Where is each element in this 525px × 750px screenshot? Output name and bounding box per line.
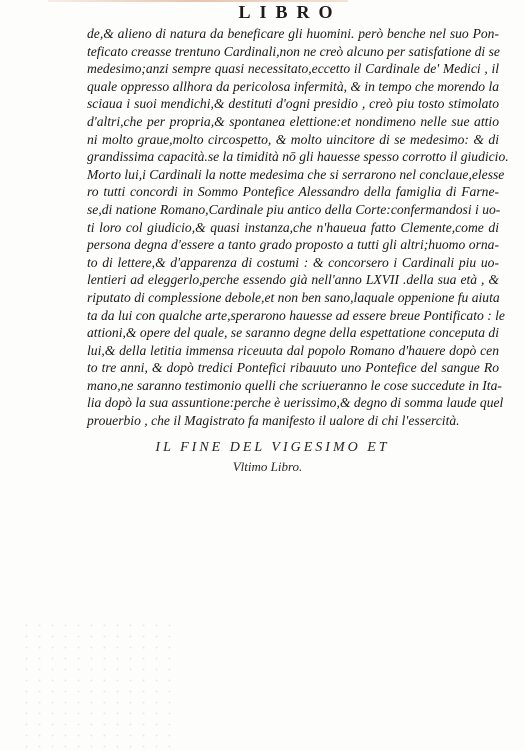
paper-speckle xyxy=(20,620,180,750)
text-line: d'altri,che per propria,& spontanea elet… xyxy=(87,113,499,131)
text-line: persona degna d'essere a tanto grado pro… xyxy=(87,236,499,254)
text-line: prouerbio , che il Magistrato fa manifes… xyxy=(87,412,499,430)
text-line: ta da lui con qualche arte,sperarono hau… xyxy=(87,307,499,325)
text-line: medesimo;anzi sempre quasi necessitato,e… xyxy=(87,60,499,78)
running-head: LIBRO xyxy=(0,2,525,23)
text-line: to di lettere,& d'apparenza di costumi :… xyxy=(87,254,499,272)
text-line: ro tutti concordi in Sommo Pontefice Ale… xyxy=(87,183,499,201)
text-line: Morto lui,i Cardinali la notte medesima … xyxy=(87,166,499,184)
text-line: lui,& della letitia immensa riceuuta dal… xyxy=(87,342,499,360)
colophon-subtitle: Vltimo Libro. xyxy=(0,459,525,475)
text-line: ti loro col giudicio,& quasi instanza,ch… xyxy=(87,219,499,237)
text-line: lia dopò la sua assuntione:perche è ueri… xyxy=(87,394,499,412)
text-line: to tre anni, & dopò tredici Pontefici ri… xyxy=(87,359,499,377)
text-line: ni molto graue,molto circospetto, & molt… xyxy=(87,131,499,149)
body-text: de,& alieno di natura da beneficare gli … xyxy=(87,25,499,430)
colophon-title: IL FINE DEL VIGESIMO ET xyxy=(0,440,525,456)
text-line: mano,ne saranno testimonio quelli che sc… xyxy=(87,377,499,395)
text-line: lentieri ad eleggerlo,perche essendo già… xyxy=(87,271,499,289)
text-line: quale oppresso allhora da pericolosa inf… xyxy=(87,78,499,96)
text-line: grandissima capacità.se la timidità nō g… xyxy=(87,148,499,166)
text-line: sciaua i suoi mendichi,& destituti d'ogn… xyxy=(87,95,499,113)
text-line: riputato di complessione debole,et non b… xyxy=(87,289,499,307)
text-line: se,di natione Romano,Cardinale piu antic… xyxy=(87,201,499,219)
text-line: teficato creasse trentuno Cardinali,non … xyxy=(87,43,499,61)
text-line: attioni,& opere del quale, se saranno de… xyxy=(87,324,499,342)
colophon: IL FINE DEL VIGESIMO ET Vltimo Libro. xyxy=(0,440,525,475)
text-line: de,& alieno di natura da beneficare gli … xyxy=(87,25,499,43)
